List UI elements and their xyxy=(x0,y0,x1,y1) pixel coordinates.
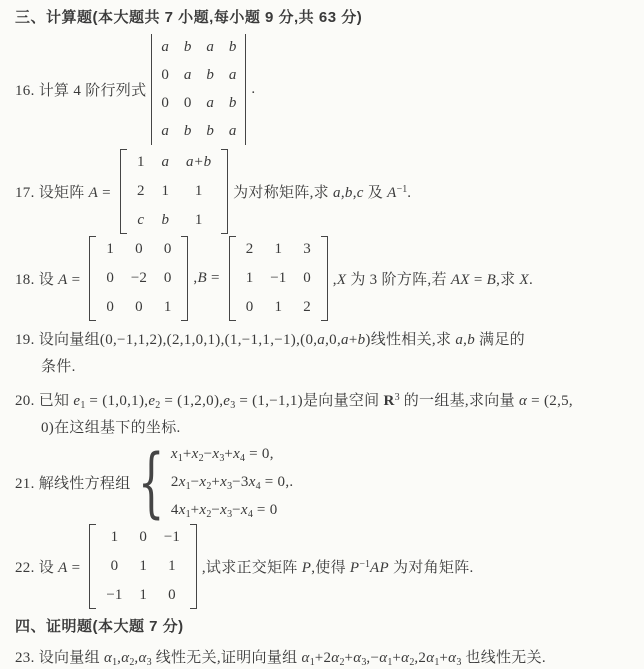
matrix-cell: −1 xyxy=(270,270,286,287)
text-segment: 22. 设 xyxy=(15,560,58,576)
problem-17: 17. 设矩阵 A = 1aa+b211cb1 为对称矩阵,求 a,b,c 及 … xyxy=(15,149,632,234)
problem-20: 20. 已知 e1 = (1,0,1),e2 = (1,2,0),e3 = (1… xyxy=(15,388,632,442)
p21-equation-1: x1+x2−x3+x4 = 0, xyxy=(171,446,294,463)
matrix-cell: 1 xyxy=(162,183,170,200)
p22-suffix: ,试求正交矩阵 P,使得 P−1AP 为对角矩阵. xyxy=(202,556,474,577)
text-segment: R xyxy=(384,393,395,409)
p18-matrix-a-grid: 1000−20001 xyxy=(96,236,181,321)
matrix-cell: 0 xyxy=(161,67,169,84)
text-segment: b xyxy=(345,185,353,201)
text-segment: = xyxy=(207,270,224,286)
matrix-cell: 0 xyxy=(161,95,169,112)
bracket-right xyxy=(221,149,228,234)
matrix-cell: 1 xyxy=(246,270,254,287)
p19-line-1: 19. 设向量组(0,−1,1,2),(2,1,0,1),(1,−1,1,−1)… xyxy=(15,327,632,354)
problem-16: 16. 计算 4 阶行列式 abab0aba00ababba . xyxy=(15,34,632,145)
text-segment: b xyxy=(467,332,475,348)
text-segment: AP xyxy=(370,560,389,576)
matrix-cell: a xyxy=(161,39,169,56)
text-segment: )线性相关,求 xyxy=(365,332,455,348)
text-segment: ,− xyxy=(366,650,379,666)
matrix-cell: 2 xyxy=(246,241,254,258)
text-segment: a xyxy=(341,332,349,348)
matrix-cell: 0 xyxy=(184,95,192,112)
matrix-cell: 1 xyxy=(137,154,145,171)
text-segment: ,2 xyxy=(414,650,426,666)
p17-matrix-grid: 1aa+b211cb1 xyxy=(127,149,221,234)
text-segment: 为对角矩阵. xyxy=(389,560,474,576)
matrix-cell: a xyxy=(161,123,169,140)
p20-line-2: 0)在这组基下的坐标. xyxy=(15,415,632,442)
matrix-cell: 1 xyxy=(195,212,203,229)
p21-equations: x1+x2−x3+x4 = 0, 2x1−x2+x3−3x4 = 0,. 4x1… xyxy=(169,446,294,519)
text-segment: a xyxy=(455,332,463,348)
matrix-cell: c xyxy=(137,212,144,229)
text-segment: α xyxy=(302,650,310,666)
matrix-cell: 0 xyxy=(106,270,114,287)
matrix-cell: 0 xyxy=(303,270,311,287)
text-segment: ,使得 xyxy=(311,560,350,576)
matrix-cell: a xyxy=(229,67,237,84)
matrix-cell: 1 xyxy=(106,241,114,258)
p17-matrix: 1aa+b211cb1 xyxy=(120,149,228,234)
text-segment: = (1,2,0), xyxy=(160,393,223,409)
text-segment: 为对称矩阵,求 xyxy=(233,185,333,201)
text-segment: ,0, xyxy=(325,332,341,348)
text-segment: x xyxy=(179,502,186,518)
problem-21: 21. 解线性方程组 { x1+x2−x3+x4 = 0, 2x1−x2+x3−… xyxy=(15,446,632,519)
text-segment: + xyxy=(349,332,358,348)
p20-line-1: 20. 已知 e1 = (1,0,1),e2 = (1,2,0),e3 = (1… xyxy=(15,388,632,415)
matrix-cell: a xyxy=(206,39,214,56)
text-segment: AX xyxy=(451,272,470,288)
matrix-cell: 1 xyxy=(168,558,176,575)
text-segment: 4 xyxy=(171,502,179,518)
text-segment: = 0 xyxy=(253,502,278,518)
text-segment: X xyxy=(520,272,529,288)
text-segment: = (1,−1,1)是向量空间 xyxy=(235,393,383,409)
matrix-cell: b xyxy=(184,123,192,140)
system-brace: { xyxy=(137,446,164,518)
problem-22: 22. 设 A = 10−1011−110 ,试求正交矩阵 P,使得 P−1AP… xyxy=(15,524,632,609)
matrix-cell: −1 xyxy=(164,529,180,546)
p18-matrix-a: 1000−20001 xyxy=(89,236,188,321)
matrix-cell: 3 xyxy=(303,241,311,258)
text-segment: B xyxy=(197,270,206,286)
p17-prefix: 17. 设矩阵 A = xyxy=(15,181,115,202)
matrix-cell: 0 xyxy=(135,241,143,258)
text-segment: 2 xyxy=(171,474,179,490)
p16-period: . xyxy=(251,81,255,98)
p19-line-2: 条件. xyxy=(15,354,632,381)
matrix-cell: 0 xyxy=(164,270,172,287)
text-segment: 17. 设矩阵 xyxy=(15,185,89,201)
matrix-cell: 0 xyxy=(164,241,172,258)
matrix-cell: 0 xyxy=(168,587,176,604)
text-segment: α xyxy=(104,650,112,666)
matrix-cell: b xyxy=(184,39,192,56)
matrix-cell: b xyxy=(162,212,170,229)
exam-page: 三、计算题(本大题共 7 小题,每小题 9 分,共 63 分) 16. 计算 4… xyxy=(0,0,644,669)
text-segment: 及 xyxy=(364,185,387,201)
bracket-right xyxy=(181,236,188,321)
text-segment: = (1,0,1), xyxy=(85,393,148,409)
text-segment: +2 xyxy=(315,650,332,666)
matrix-cell: 1 xyxy=(275,299,283,316)
text-segment: −3 xyxy=(232,474,249,490)
text-segment: + xyxy=(344,650,353,666)
text-segment: α xyxy=(138,650,146,666)
matrix-cell: a+b xyxy=(186,154,211,171)
p17-suffix: 为对称矩阵,求 a,b,c 及 A−1. xyxy=(233,181,411,202)
text-segment: = 0, xyxy=(245,446,274,462)
text-segment: x xyxy=(179,474,186,490)
text-segment: P xyxy=(302,560,311,576)
text-segment: α xyxy=(519,393,527,409)
text-segment: = xyxy=(68,560,85,576)
p23-line: 23. 设向量组 α1,α2,α3 线性无关,证明向量组 α1+2α2+α3,−… xyxy=(15,645,632,669)
matrix-cell: 1 xyxy=(139,587,147,604)
text-segment: 线性无关,证明向量组 xyxy=(152,650,302,666)
p18-matrix-b-grid: 2131−10012 xyxy=(236,236,321,321)
matrix-cell: b xyxy=(229,95,237,112)
text-segment: P xyxy=(350,560,359,576)
problem-23: 23. 设向量组 α1,α2,α3 线性无关,证明向量组 α1+2α2+α3,−… xyxy=(15,645,632,669)
text-segment: − xyxy=(232,502,241,518)
text-segment: −1 xyxy=(397,184,408,195)
p22-matrix-grid: 10−1011−110 xyxy=(96,524,189,609)
p21-label: 21. 解线性方程组 xyxy=(15,472,131,493)
p18-mid: ,B = xyxy=(193,270,223,287)
p18-prefix: 18. 设 A = xyxy=(15,268,84,289)
text-segment: 18. 设 xyxy=(15,272,58,288)
text-segment: x xyxy=(233,446,240,462)
matrix-cell: a xyxy=(162,154,170,171)
p16-determinant-grid: abab0aba00ababba xyxy=(152,34,245,145)
text-segment: = xyxy=(470,272,487,288)
determinant-right-bar xyxy=(245,34,246,145)
text-segment: 满足的 xyxy=(475,332,525,348)
matrix-cell: 0 xyxy=(135,299,143,316)
text-segment: + xyxy=(224,446,233,462)
matrix-cell: b xyxy=(206,67,214,84)
text-segment: ,求 xyxy=(496,272,519,288)
text-segment: c xyxy=(357,185,364,201)
text-segment: A xyxy=(387,185,396,201)
matrix-cell: 1 xyxy=(275,241,283,258)
bracket-left xyxy=(89,524,96,609)
text-segment: = xyxy=(68,272,85,288)
matrix-cell: −2 xyxy=(131,270,147,287)
text-segment: A xyxy=(58,272,67,288)
matrix-cell: 0 xyxy=(106,299,114,316)
bracket-right xyxy=(190,524,197,609)
text-segment: 19. 设向量组(0,−1,1,2),(2,1,0,1),(1,−1,1,−1)… xyxy=(15,332,317,348)
text-segment: 0)在这组基下的坐标. xyxy=(41,420,181,436)
text-segment: 为 3 阶方阵,若 xyxy=(346,272,451,288)
text-segment: x xyxy=(192,446,199,462)
text-segment: = xyxy=(98,185,115,201)
bracket-right xyxy=(321,236,328,321)
bracket-left xyxy=(229,236,236,321)
matrix-cell: 2 xyxy=(303,299,311,316)
text-segment: 23. 设向量组 xyxy=(15,650,104,666)
matrix-cell: 0 xyxy=(246,299,254,316)
text-segment: x xyxy=(249,474,256,490)
text-segment: 条件. xyxy=(41,359,76,375)
matrix-cell: a xyxy=(206,95,214,112)
text-segment: ,试求正交矩阵 xyxy=(202,560,302,576)
text-segment: + xyxy=(211,474,220,490)
text-segment: . xyxy=(529,272,533,288)
matrix-cell: 0 xyxy=(139,529,147,546)
matrix-cell: b xyxy=(229,39,237,56)
matrix-cell: −1 xyxy=(106,587,122,604)
text-segment: 的一组基,求向量 xyxy=(400,393,519,409)
text-segment: . xyxy=(407,185,411,201)
text-segment: + xyxy=(183,446,192,462)
matrix-cell: 2 xyxy=(137,183,145,200)
problem-19: 19. 设向量组(0,−1,1,2),(2,1,0,1),(1,−1,1,−1)… xyxy=(15,327,632,381)
matrix-cell: 1 xyxy=(164,299,172,316)
matrix-cell: a xyxy=(229,123,237,140)
p21-equation-3: 4x1+x2−x3−x4 = 0 xyxy=(171,502,294,519)
p18-matrix-b: 2131−10012 xyxy=(229,236,328,321)
matrix-cell: 1 xyxy=(139,558,147,575)
p21-equation-2: 2x1−x2+x3−3x4 = 0,. xyxy=(171,474,294,491)
text-segment: X xyxy=(337,272,346,288)
bracket-left xyxy=(89,236,96,321)
text-segment: a xyxy=(333,185,341,201)
matrix-cell: 1 xyxy=(111,529,119,546)
section4-title: 四、证明题(本大题 7 分) xyxy=(15,617,632,637)
matrix-cell: b xyxy=(206,123,214,140)
p22-prefix: 22. 设 A = xyxy=(15,556,84,577)
p18-suffix: ,X 为 3 阶方阵,若 AX = B,求 X. xyxy=(333,268,533,289)
text-segment: = 0,. xyxy=(261,474,294,490)
text-segment: = (2,5, xyxy=(527,393,573,409)
text-segment: − xyxy=(211,502,220,518)
p16-determinant: abab0aba00ababba xyxy=(151,34,246,145)
text-segment: −1 xyxy=(359,559,370,570)
matrix-cell: 1 xyxy=(195,183,203,200)
text-segment: B xyxy=(487,272,496,288)
text-segment: 20. 已知 xyxy=(15,393,73,409)
matrix-cell: a xyxy=(184,67,192,84)
matrix-cell: 0 xyxy=(111,558,119,575)
bracket-left xyxy=(120,149,127,234)
text-segment: A xyxy=(89,185,98,201)
text-segment: + xyxy=(392,650,401,666)
text-segment: x xyxy=(241,502,248,518)
text-segment: + xyxy=(439,650,448,666)
p16-label: 16. 计算 4 阶行列式 xyxy=(15,79,146,100)
section3-title: 三、计算题(本大题共 7 小题,每小题 9 分,共 63 分) xyxy=(15,8,632,28)
text-segment: x xyxy=(171,446,178,462)
text-segment: a xyxy=(317,332,325,348)
p22-matrix: 10−1011−110 xyxy=(89,524,196,609)
problem-18: 18. 设 A = 1000−20001 ,B = 2131−10012 ,X … xyxy=(15,236,632,321)
text-segment: A xyxy=(58,560,67,576)
text-segment: 也线性无关. xyxy=(461,650,546,666)
